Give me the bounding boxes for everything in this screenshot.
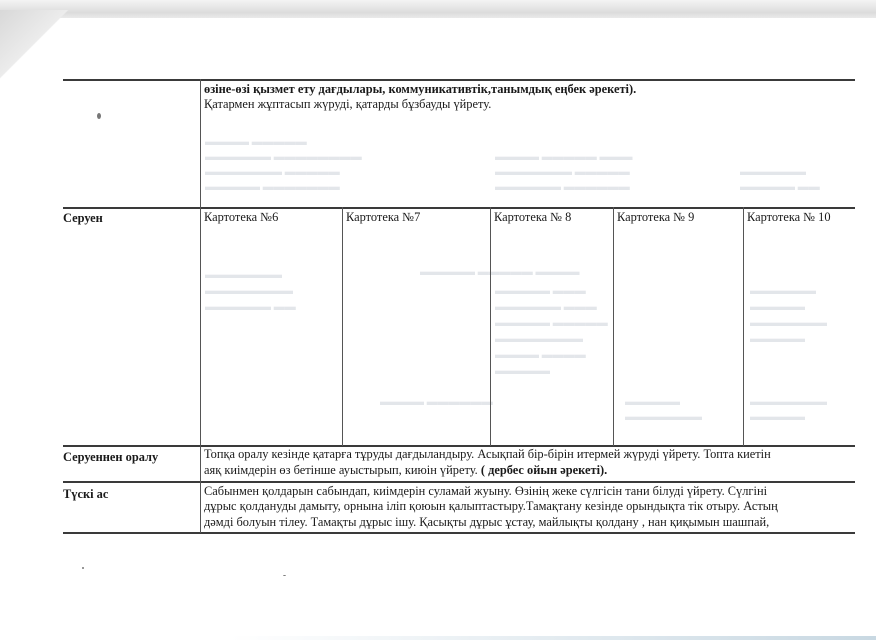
lunch-text-line-3: дәмді болуын тілеу. Тамақты дұрыс ішу. Қ… <box>204 515 769 531</box>
independent-play-note: ( дербес ойын әрекеті). <box>481 463 607 477</box>
scan-speck <box>97 113 101 119</box>
lunch-text-line-2: дұрыс қолдануды дамыту, орнына іліп қоюы… <box>204 499 778 515</box>
card-file-8: Картотека № 8 <box>494 210 571 226</box>
card-column-divider <box>613 207 614 446</box>
card-column-divider <box>342 207 343 446</box>
skills-text: өзіне-өзі қызмет ету дағдылары, коммуник… <box>204 82 636 98</box>
row-divider <box>63 481 855 483</box>
table-top-border <box>63 79 855 81</box>
pairing-instruction-text: Қатармен жұптасып жүруді, қатарды бұзбау… <box>204 97 491 113</box>
return-text-line-1: Топқа оралу кезінде қатарға тұруды дағды… <box>204 447 771 463</box>
row-label-return-from-walk: Серуеннен оралу <box>63 450 158 465</box>
scan-speck <box>82 567 84 569</box>
folded-page-corner <box>0 10 80 80</box>
row-label-walk: Серуен <box>63 211 103 226</box>
card-file-6: Картотека №6 <box>204 210 278 226</box>
scan-speck <box>283 575 286 576</box>
row-label-lunch: Түскі ас <box>63 487 108 502</box>
lunch-text-line-1: Сабынмен қолдарын сабындап, киімдерін су… <box>204 484 767 500</box>
card-file-9: Картотека № 9 <box>617 210 694 226</box>
table-bottom-border <box>63 532 855 534</box>
return-text-line-2: аяқ киімдерін өз бетінше ауыстырып, киюі… <box>204 463 607 479</box>
label-column-divider <box>200 79 201 533</box>
card-column-divider <box>743 207 744 446</box>
return-text-plain: аяқ киімдерін өз бетінше ауыстырып, киюі… <box>204 463 481 477</box>
card-file-7: Картотека №7 <box>346 210 420 226</box>
row-divider <box>63 207 855 209</box>
card-file-10: Картотека № 10 <box>747 210 831 226</box>
scan-top-edge <box>0 0 876 18</box>
card-column-divider <box>490 207 491 446</box>
scan-bottom-edge <box>230 636 876 640</box>
